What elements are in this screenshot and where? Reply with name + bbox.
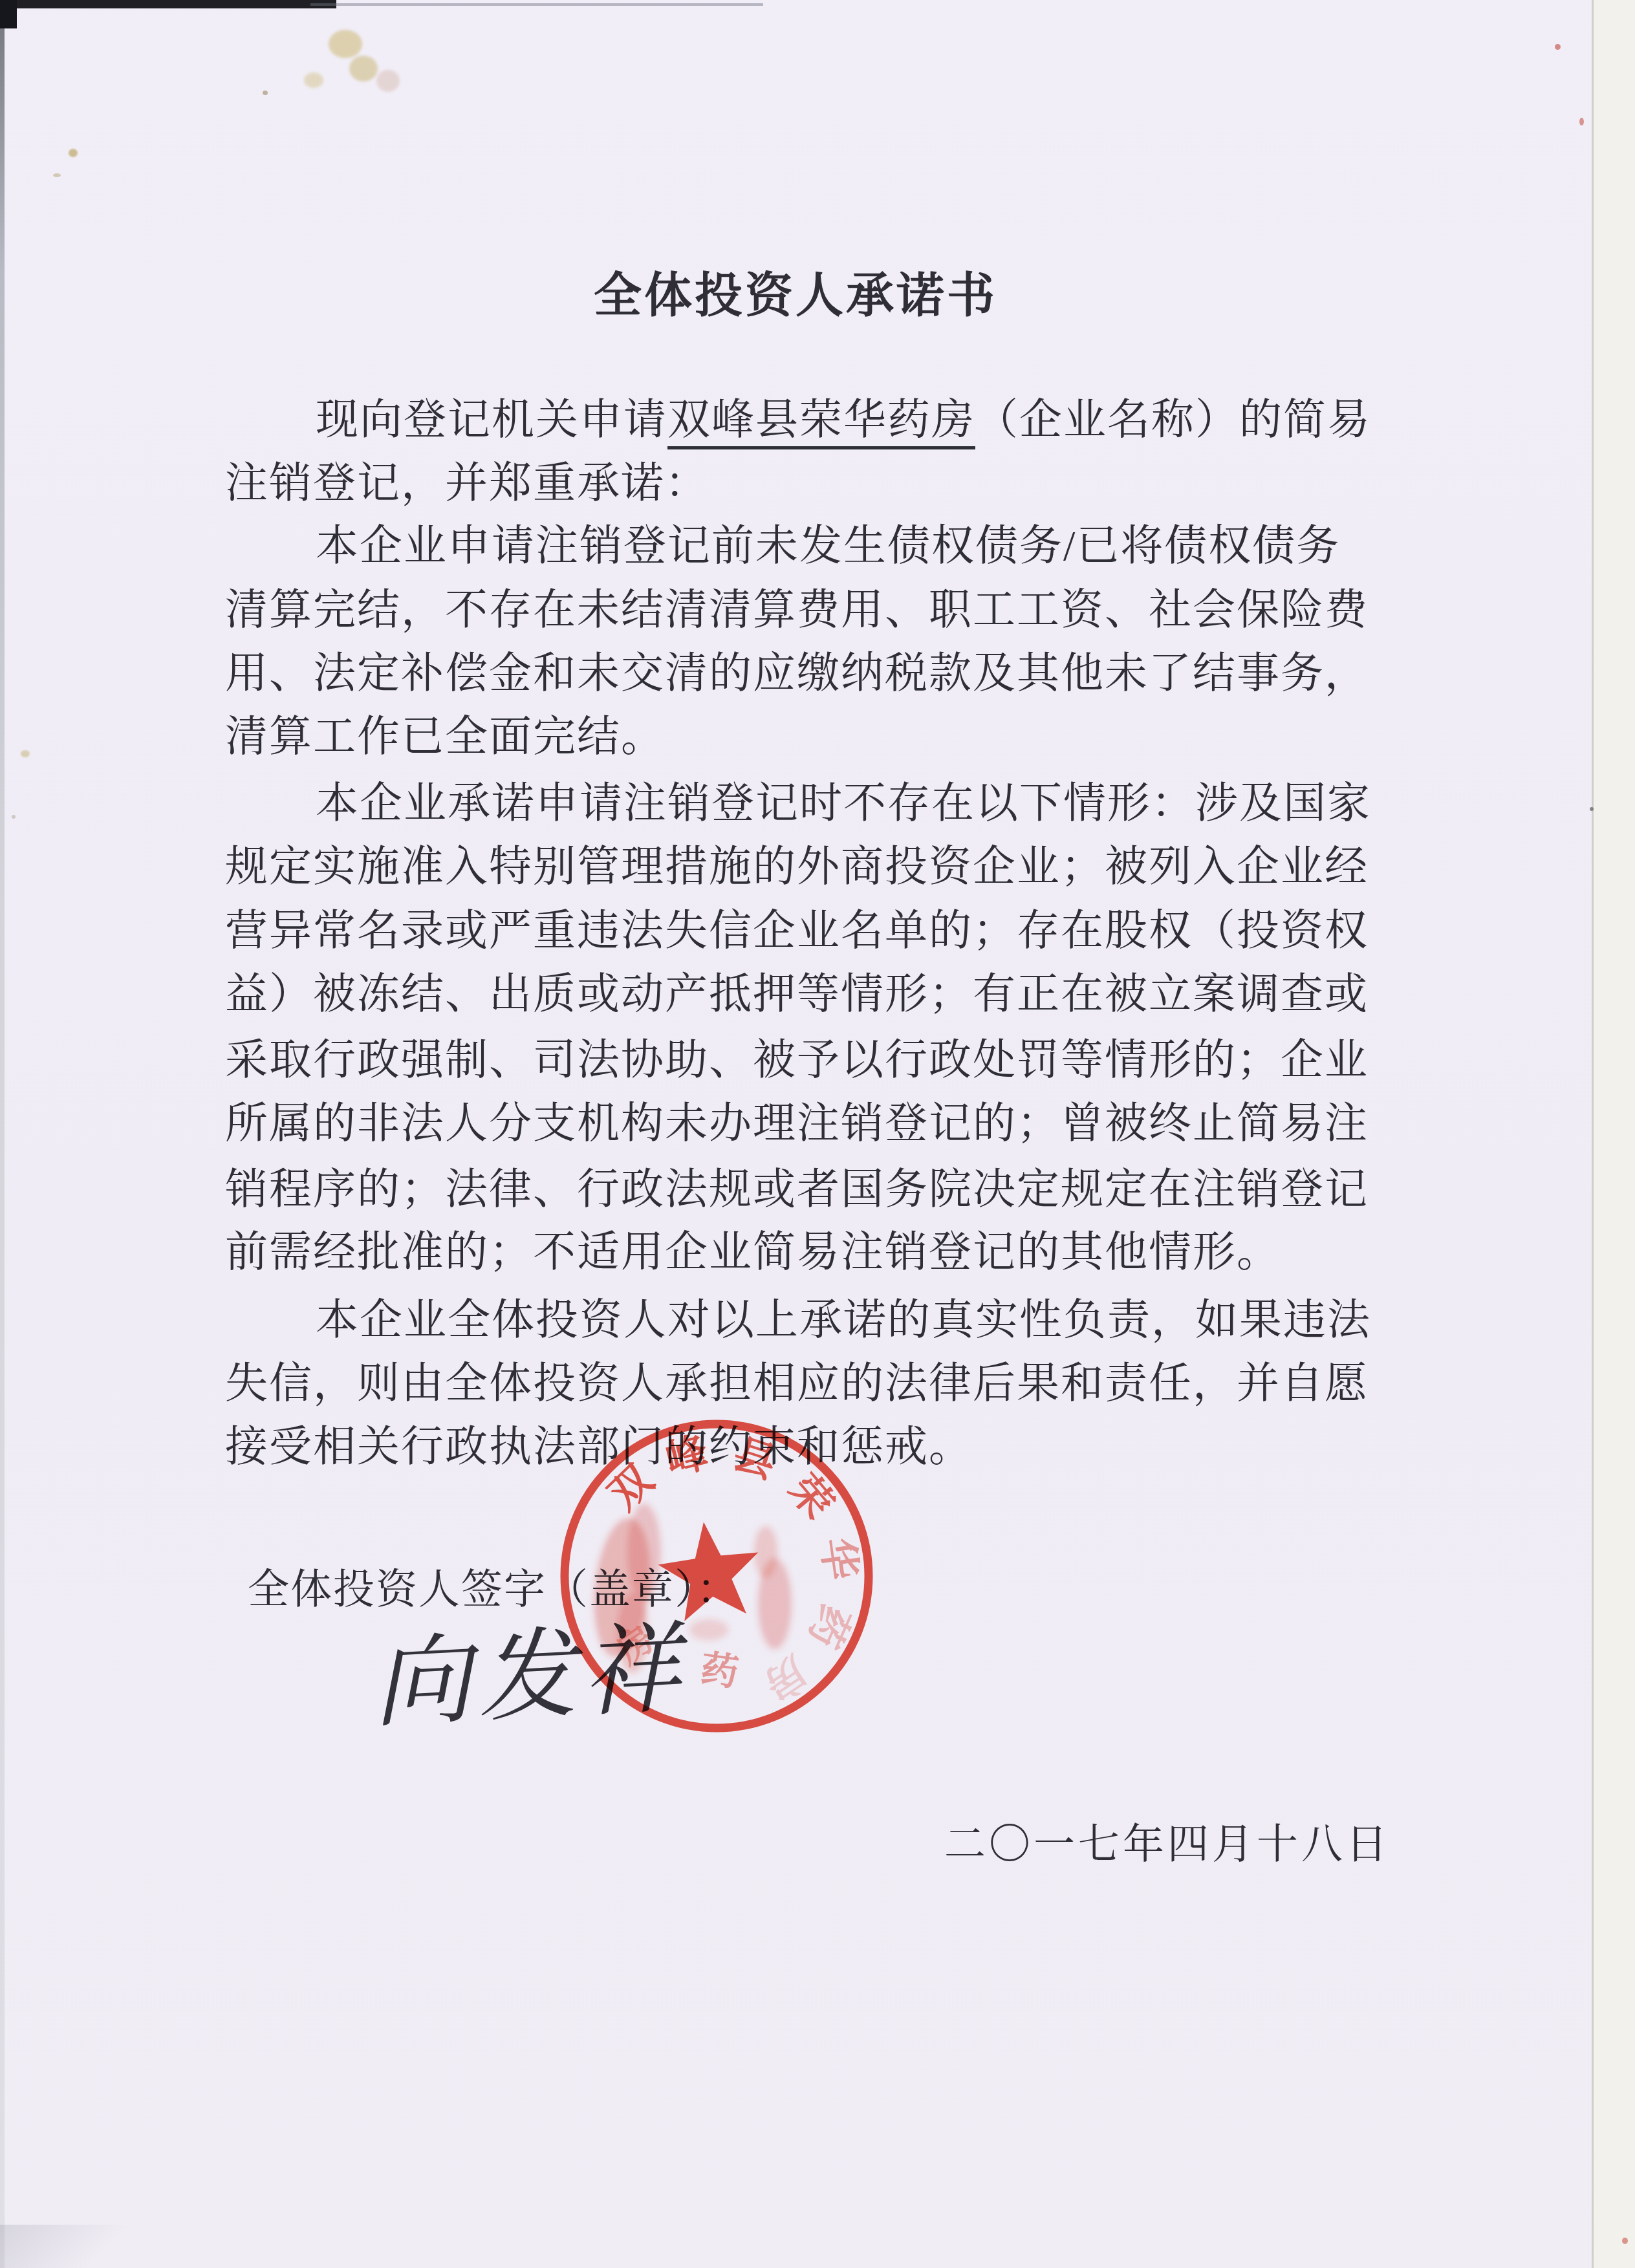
para1-prefix: 现向登记机关申请 — [316, 396, 667, 444]
tan-speck — [21, 750, 30, 757]
paragraph-line: 营异常名录或严重违法失信企业名单的；存在股权（投资权 — [225, 900, 1369, 963]
yellow-stain — [329, 30, 362, 58]
dark-speck — [1590, 807, 1594, 811]
red-speck — [1579, 118, 1584, 125]
scan-top-faint-line — [310, 3, 763, 6]
date-line: 二〇一七年四月十八日 — [944, 1811, 1391, 1870]
paragraph-line: 用、法定补偿金和未交清的应缴纳税款及其他未了结事务， — [225, 642, 1369, 706]
svg-text:华: 华 — [813, 1535, 864, 1582]
yellow-stain — [304, 72, 323, 88]
page-title: 全体投资人承诺书 — [594, 257, 997, 326]
para1-suffix: （企业名称）的简易 — [975, 396, 1371, 444]
pink-stain — [376, 70, 400, 92]
paragraph-line: 本企业申请注销登记前未发生债权债务/已将债权债务 — [316, 515, 1340, 578]
scan-top-dark-band — [0, 0, 336, 8]
yellow-stain — [349, 56, 378, 81]
scan-corner-artifact — [0, 0, 17, 28]
paper-left-edge-shadow — [0, 0, 5, 2268]
company-name-underlined: 双峰县荣华药房 — [667, 396, 975, 449]
tan-speck — [12, 815, 16, 819]
paragraph-line: 现向登记机关申请双峰县荣华药房（企业名称）的简易 — [316, 389, 1371, 452]
scanned-document-page: 全体投资人承诺书 现向登记机关申请双峰县荣华药房（企业名称）的简易 注销登记，并… — [0, 0, 1635, 2268]
paragraph-line: 本企业承诺申请注销登记时不存在以下情形：涉及国家 — [316, 772, 1371, 836]
seal-star-icon — [654, 1516, 766, 1623]
paragraph-line: 清算完结，不存在未结清清算费用、职工工资、社会保险费 — [225, 579, 1369, 642]
paragraph-line: 注销登记，并郑重承诺： — [225, 452, 709, 515]
paper-right-edge — [1592, 0, 1594, 2268]
red-speck — [1555, 44, 1561, 50]
paragraph-line: 规定实施准入特别管理措施的外商投资企业；被列入企业经 — [225, 836, 1369, 899]
paragraph-line: 本企业全体投资人对以上承诺的真实性负责，如果违法 — [316, 1289, 1371, 1352]
bottom-left-shadow — [0, 2225, 142, 2268]
tan-speck — [69, 149, 78, 157]
scanner-bed-strip — [1594, 0, 1635, 2268]
tan-speck — [53, 173, 61, 177]
paragraph-line: 销程序的；法律、行政法规或者国务院决定规定在注销登记 — [225, 1158, 1369, 1222]
paragraph-line: 前需经批准的；不适用企业简易注销登记的其他情形。 — [225, 1221, 1281, 1284]
paragraph-line: 益）被冻结、出质或动产抵押等情形；有正在被立案调查或 — [225, 963, 1369, 1026]
paragraph-line: 采取行政强制、司法协助、被予以行政处罚等情形的；企业 — [225, 1029, 1369, 1092]
paragraph-line: 所属的非法人分支机构未办理注销登记的；曾被终止简易注 — [225, 1092, 1369, 1156]
small-speck — [263, 91, 268, 95]
red-speck — [1622, 2238, 1628, 2244]
official-seal: 双 峰 县 荣 华 药 房 药 房 — [547, 1407, 886, 1745]
paragraph-line: 清算工作已全面完结。 — [225, 706, 665, 769]
seal-bottom-char: 药 — [698, 1647, 741, 1694]
svg-text:峰: 峰 — [661, 1429, 712, 1484]
